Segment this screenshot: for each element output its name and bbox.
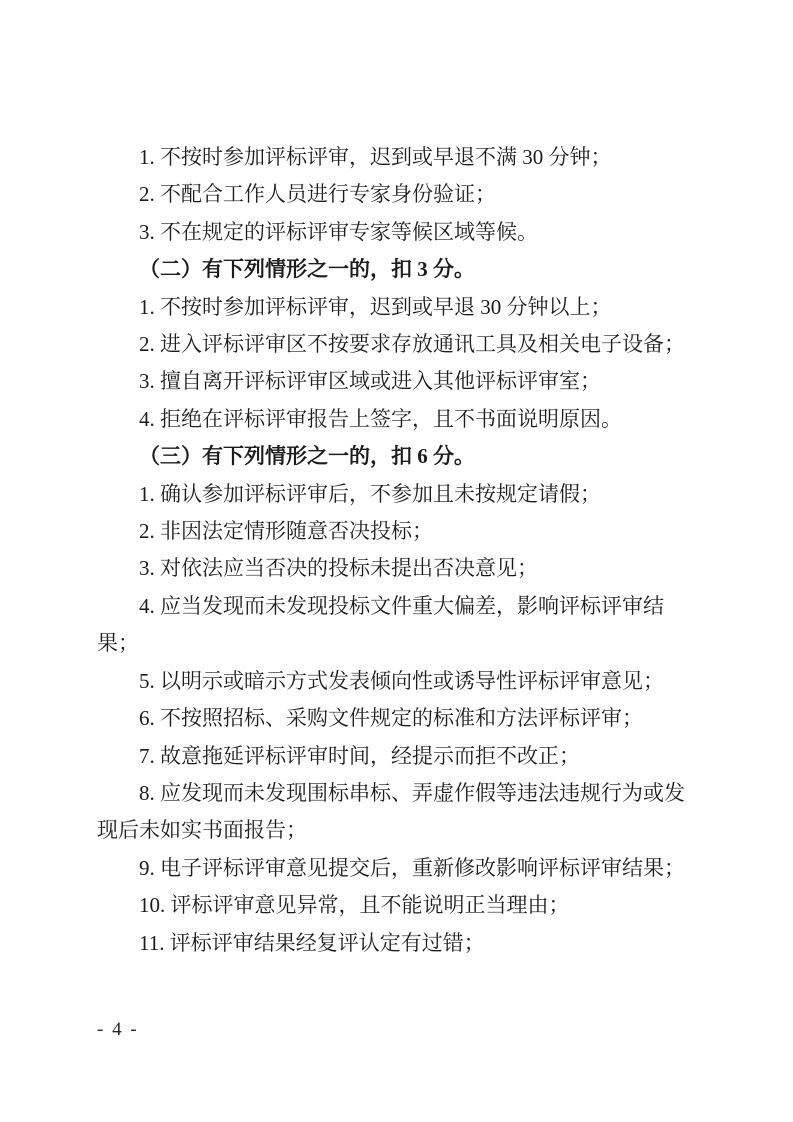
paragraph: 2. 非因法定情形随意否决投标；	[97, 513, 693, 550]
paragraph: （三）有下列情形之一的，扣 6 分。	[97, 438, 693, 475]
paragraph: （二）有下列情形之一的，扣 3 分。	[97, 251, 693, 288]
paragraph: 1. 不按时参加评标评审，迟到或早退不满 30 分钟；	[97, 139, 693, 176]
paragraph: 10. 评标评审意见异常，且不能说明正当理由；	[97, 887, 693, 924]
paragraph: 2. 进入评标评审区不按要求存放通讯工具及相关电子设备；	[97, 326, 693, 363]
document-body: 1. 不按时参加评标评审，迟到或早退不满 30 分钟；2. 不配合工作人员进行专…	[97, 139, 693, 962]
paragraph: 3. 不在规定的评标评审专家等候区域等候。	[97, 214, 693, 251]
paragraph: 8. 应发现而未发现围标串标、弄虚作假等违法违规行为或发现后未如实书面报告；	[97, 775, 693, 850]
paragraph: 6. 不按照招标、采购文件规定的标准和方法评标评审；	[97, 700, 693, 737]
paragraph: 2. 不配合工作人员进行专家身份验证；	[97, 176, 693, 213]
document-page: 1. 不按时参加评标评审，迟到或早退不满 30 分钟；2. 不配合工作人员进行专…	[0, 0, 793, 1122]
paragraph: 9. 电子评标评审意见提交后，重新修改影响评标评审结果；	[97, 850, 693, 887]
paragraph: 11. 评标评审结果经复评认定有过错；	[97, 925, 693, 962]
paragraph: 3. 对依法应当否决的投标未提出否决意见；	[97, 550, 693, 587]
paragraph: 3. 擅自离开评标评审区域或进入其他评标评审室；	[97, 363, 693, 400]
paragraph: 1. 确认参加评标评审后，不参加且未按规定请假；	[97, 476, 693, 513]
paragraph: 5. 以明示或暗示方式发表倾向性或诱导性评标评审意见；	[97, 663, 693, 700]
paragraph: 4. 拒绝在评标评审报告上签字，且不书面说明原因。	[97, 401, 693, 438]
paragraph: 1. 不按时参加评标评审，迟到或早退 30 分钟以上；	[97, 289, 693, 326]
page-number: - 4 -	[97, 1019, 139, 1041]
paragraph: 7. 故意拖延评标评审时间，经提示而拒不改正；	[97, 738, 693, 775]
paragraph: 4. 应当发现而未发现投标文件重大偏差，影响评标评审结果；	[97, 588, 693, 663]
